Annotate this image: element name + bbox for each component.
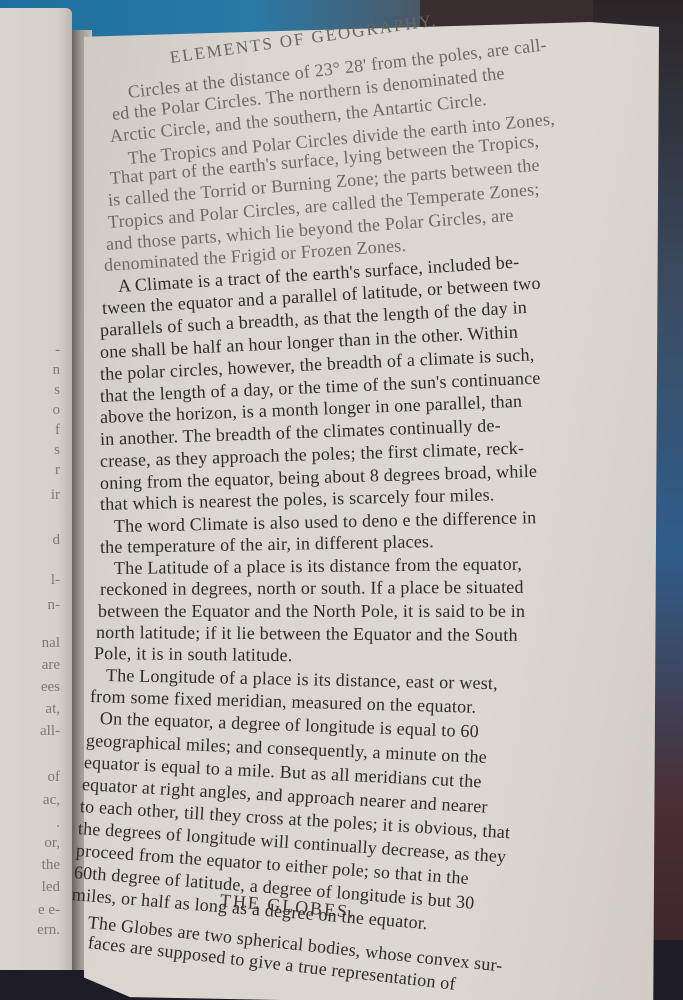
left-page-fragment: n- bbox=[0, 598, 60, 613]
left-page-fragment: ir bbox=[0, 488, 60, 503]
left-page-fragment: the bbox=[0, 858, 60, 873]
left-page-fragment: l- bbox=[0, 573, 60, 588]
left-page-fragment: led bbox=[0, 880, 60, 895]
text-line: between the Equator and the North Pole, … bbox=[98, 601, 525, 622]
text-line: Pole, it is in south latitude. bbox=[94, 643, 293, 666]
text-line: reckoned in degrees, north or south. If … bbox=[100, 577, 524, 600]
left-page-fragment: are bbox=[0, 658, 60, 673]
left-page-fragment: d bbox=[0, 533, 60, 548]
left-page-fragment: or, bbox=[0, 836, 60, 851]
left-page-fragment: . bbox=[0, 816, 60, 831]
left-page-fragment: r bbox=[0, 463, 60, 478]
left-page-fragment: n bbox=[0, 363, 60, 378]
left-page-fragment: o bbox=[0, 403, 60, 418]
left-page-fragment: ac, bbox=[0, 793, 60, 808]
left-page-fragment: of bbox=[0, 770, 60, 785]
left-page-fragment: - bbox=[0, 343, 60, 358]
left-page-fragment: nal bbox=[0, 636, 60, 651]
left-page-fragment: f bbox=[0, 423, 60, 438]
text-line: north latitude; if it lie between the Eq… bbox=[96, 622, 518, 646]
left-page-fragment: all- bbox=[0, 724, 60, 739]
left-page-fragment: s bbox=[0, 383, 60, 398]
left-page-fragment: ees bbox=[0, 680, 60, 695]
text-line: The Latitude of a place is its distance … bbox=[114, 554, 522, 579]
left-page-fragment: s bbox=[0, 443, 60, 458]
left-page: - n s o f s r ir d l- n- nal are ees at,… bbox=[0, 8, 72, 970]
left-page-fragment: ern. bbox=[0, 923, 60, 938]
left-page-fragment: at, bbox=[0, 702, 60, 717]
left-page-fragment: e e- bbox=[0, 903, 60, 918]
